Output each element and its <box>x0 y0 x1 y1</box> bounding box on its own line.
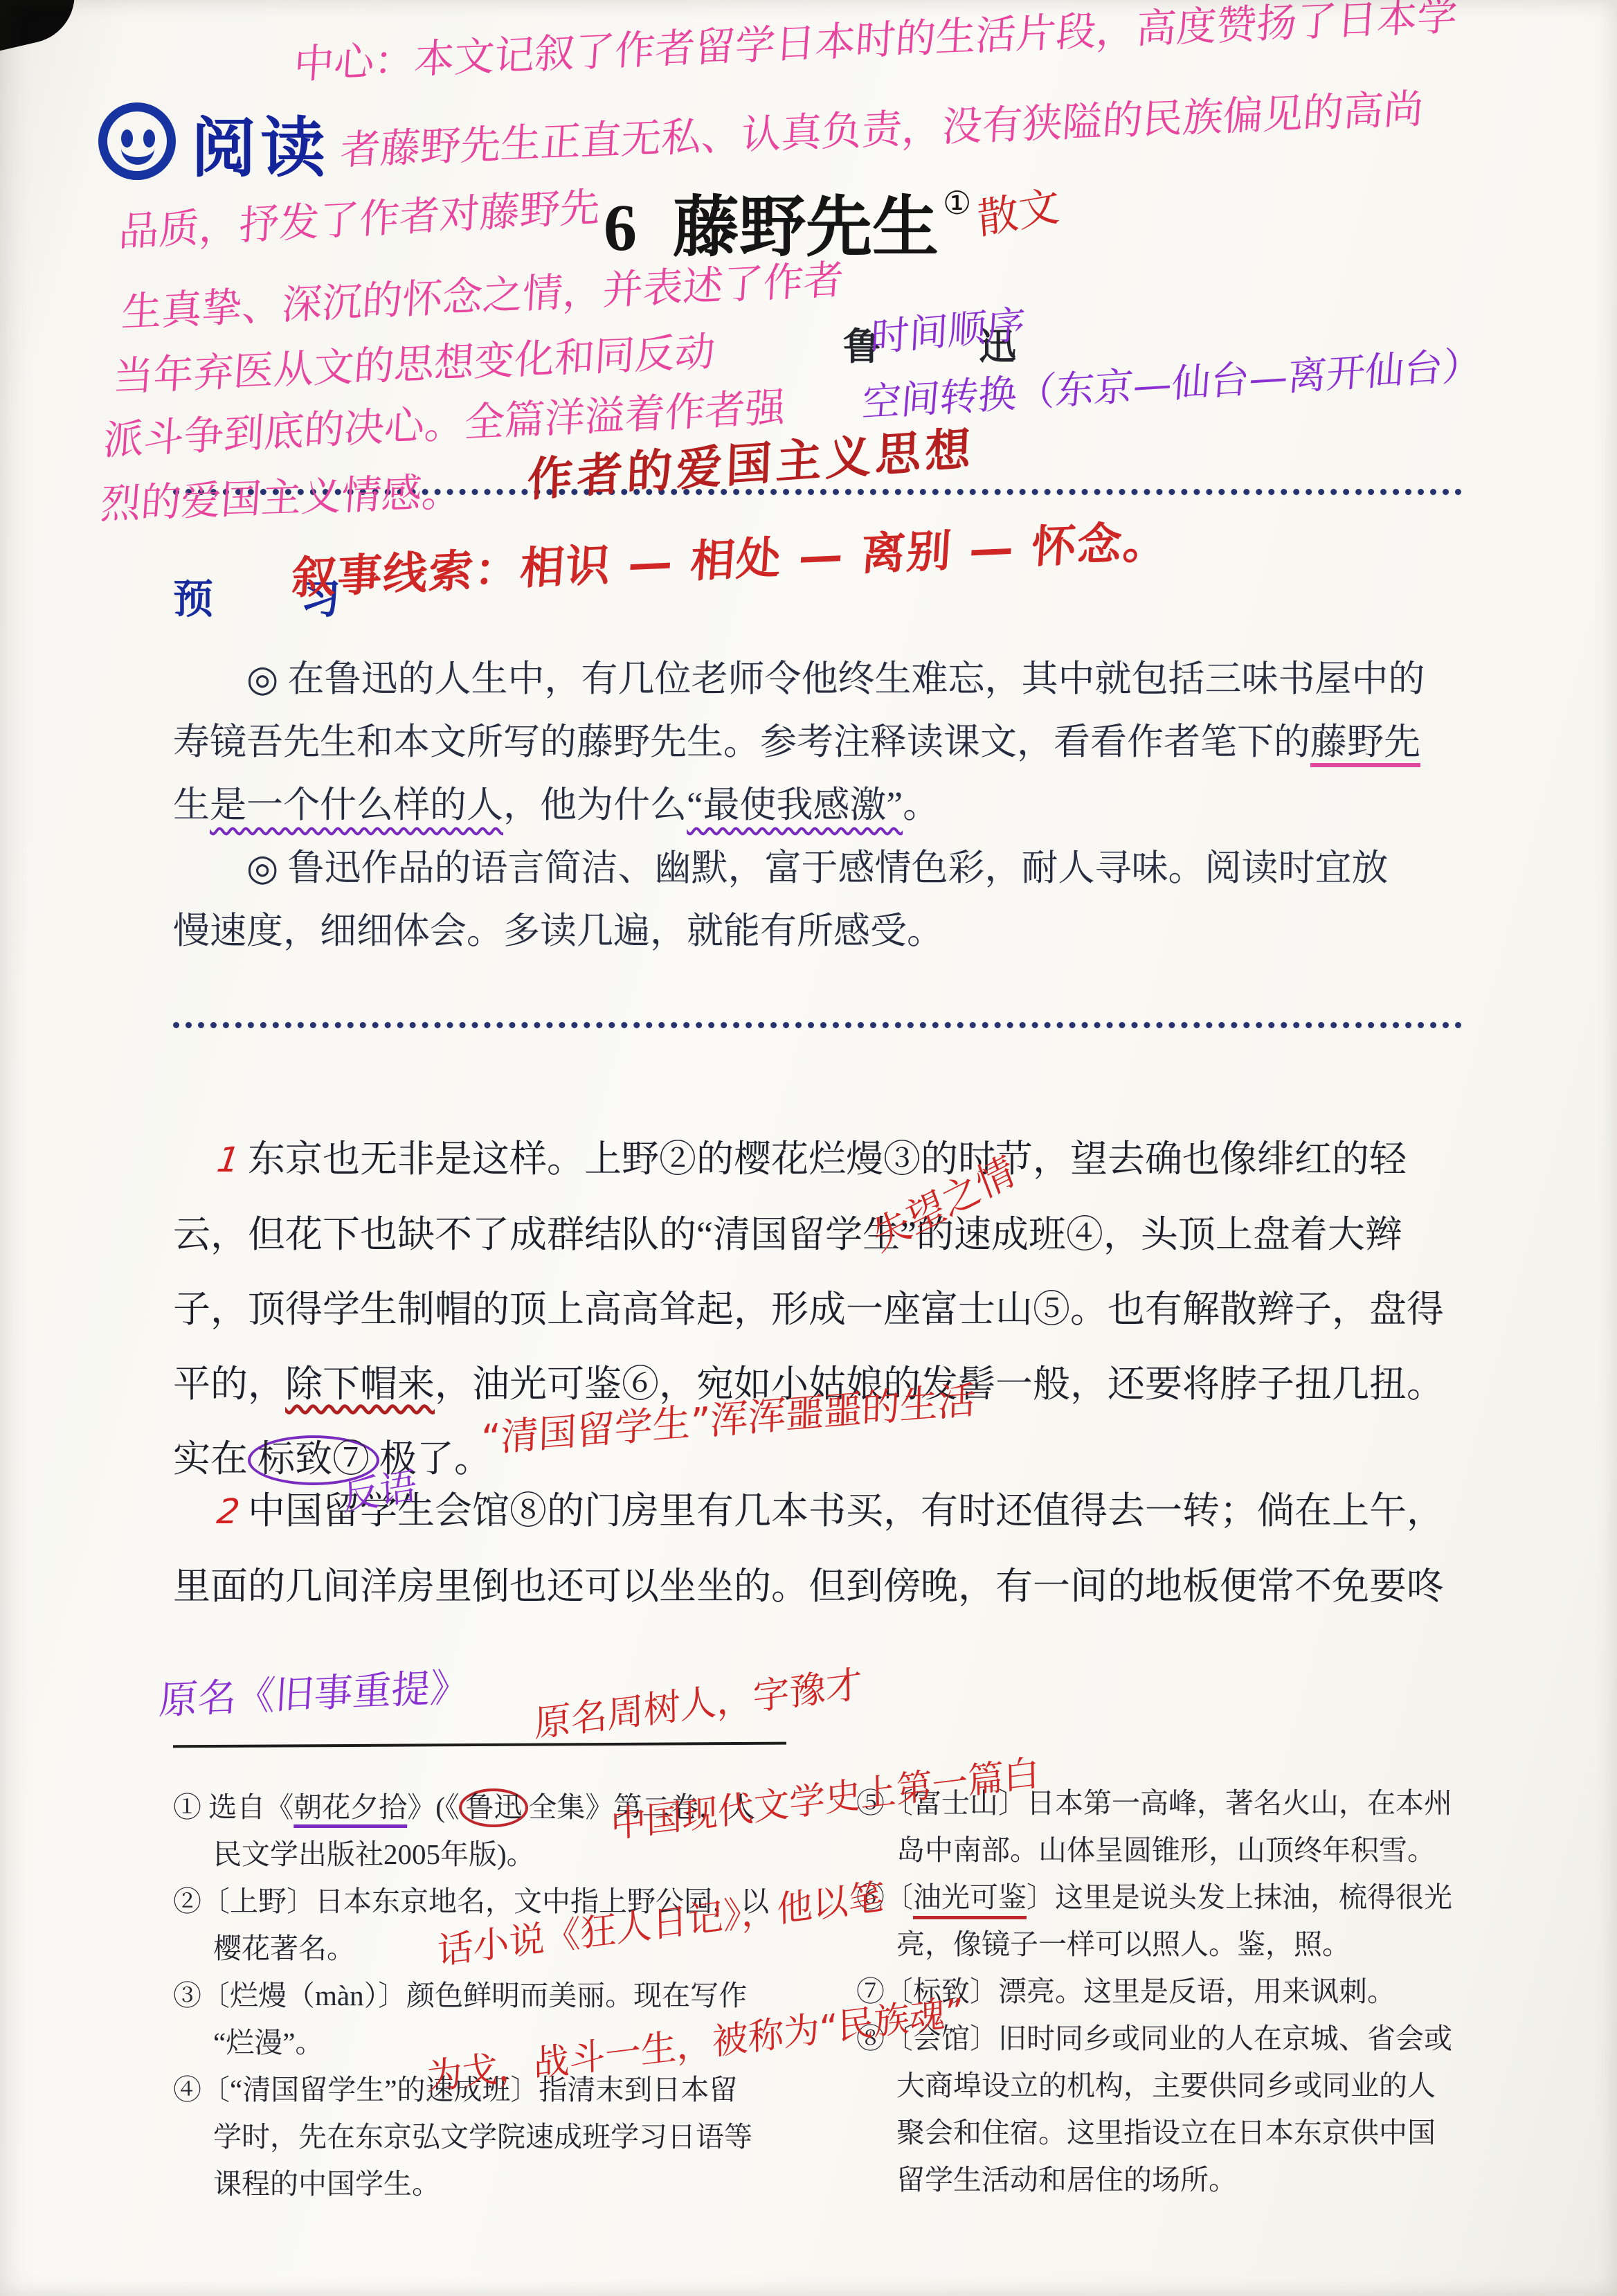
handwritten-center-note: 烈的爱国主义情感。 <box>99 459 464 530</box>
lesson-number: 6 <box>604 190 637 264</box>
body-line: 子，顶得学生制帽的顶上高高耸起，形成一座富士山⑤。也有解散辫子，盘得 <box>173 1272 1444 1347</box>
footnote-text: ① 选自《 <box>173 1791 293 1823</box>
preview-text: ，他为什么 <box>503 785 687 825</box>
footnote-divider <box>173 1742 786 1748</box>
handwritten-author-real-name-note: 原名周树人，字豫才 <box>534 1655 862 1748</box>
purple-wavy-mark: 是一个什么样的人 <box>210 785 503 825</box>
paragraph-number-mark: 2 <box>212 1474 253 1549</box>
footnotes-left-column: ① 选自《朝花夕拾》(《鲁迅全集》第二卷，人 民文学出版社2005年版)。 ②〔… <box>173 1784 800 2207</box>
footnote-6: 亮，像镜子一样可以照人。鉴，照。 <box>856 1921 1503 1968</box>
red-underline-mark: 油光可鉴 <box>913 1881 1027 1913</box>
preview-line: ◎ 鲁迅作品的语言简洁、幽默，富于感情色彩，耐人寻味。阅读时宜放 <box>173 837 1389 900</box>
red-wavy-mark: 除下帽来 <box>285 1363 435 1405</box>
handwritten-genre-note: 散文 <box>975 172 1061 246</box>
preview-text: 寿镜吾先生和本文所写的藤野先生。参考注释读课文，看看作者笔下的 <box>173 722 1310 762</box>
scan-corner-artifact <box>0 0 84 53</box>
footnote-text: 》(《 <box>407 1791 459 1823</box>
footnote-6: ⑥〔油光可鉴〕这里是说头发上抹油，梳得很光 <box>856 1874 1503 1921</box>
purple-underline-mark: 朝花夕拾 <box>293 1791 407 1823</box>
footnote-8: 大商埠设立的机构，主要供同乡或同业的人 <box>856 2062 1503 2109</box>
body-text: 中国留学生会馆⑧的门房里有几本书买，有时还值得去一转；倘在上午， <box>248 1490 1444 1532</box>
body-paragraph-1: 1东京也无非是这样。上野②的樱花烂熳③的时节，望去确也像绯红的轻 云，但花下也缺… <box>173 1122 1444 1496</box>
section-label: 阅读 <box>191 96 329 189</box>
body-line: 里面的几间洋房里倒也还可以坐坐的。但到傍晚，有一间的地板便常不免要咚 <box>173 1549 1444 1624</box>
footnote-4: 课程的中国学生。 <box>173 2160 800 2207</box>
body-line: 云，但花下也缺不了成群结队的“清国留学生”的速成班④，头顶上盘着大辫 <box>173 1197 1444 1272</box>
handwritten-center-note: 者藤野先生正直无私、认真负责，没有狭隘的民族偏见的高尚 <box>338 76 1425 176</box>
body-line: 1东京也无非是这样。上野②的樱花烂熳③的时节，望去确也像绯红的轻 <box>173 1122 1444 1197</box>
preview-line: ◎ 在鲁迅的人生中，有几位老师令他终生难忘，其中就包括三味书屋中的 <box>173 648 1425 711</box>
preview-paragraph-1: ◎ 在鲁迅的人生中，有几位老师令他终生难忘，其中就包括三味书屋中的 寿镜吾先生和… <box>173 648 1425 837</box>
smiley-mouth-icon <box>121 142 154 165</box>
footnote-8: 聚会和住宿。这里指设立在日本东京供中国 <box>856 2109 1503 2156</box>
dotted-rule <box>173 1022 1462 1028</box>
footnote-8: 留学生活动和居住的场所。 <box>856 2156 1503 2203</box>
footnote-5: 岛中南部。山体呈圆锥形，山顶终年积雪。 <box>856 1827 1503 1874</box>
handwritten-center-note: 品质，抒发了作者对藤野先 <box>118 174 602 258</box>
footnote-ref-1: ① <box>943 186 971 221</box>
preview-line: 慢速度，细细体会。多读几遍，就能有所感受。 <box>173 900 1389 963</box>
handwritten-narrative-clue-note: 叙事线索：相识 — 相处 — 离别 — 怀念。 <box>290 506 1171 607</box>
body-text: 东京也无非是这样。上野②的樱花烂熳③的时节，望去确也像绯红的轻 <box>248 1138 1407 1180</box>
footnote-4: 学时，先在东京弘文学院速成班学习日语等 <box>173 2113 800 2160</box>
footnote-3: ③〔烂熳（màn）〕颜色鲜明而美丽。现在写作 <box>173 1972 800 2019</box>
pink-underline-mark: 藤野先 <box>1310 722 1420 762</box>
footnote-1: 民文学出版社2005年版)。 <box>173 1831 800 1878</box>
reading-smiley-icon <box>98 102 176 180</box>
preview-line: 寿镜吾先生和本文所写的藤野先生。参考注释读课文，看看作者笔下的藤野先 <box>173 711 1425 774</box>
scanned-textbook-page: 阅读 6藤野先生① 鲁 迅 预 习 ◎ 在鲁迅的人生中，有几位老师令他终生难忘，… <box>0 0 1617 2296</box>
preview-text: 生 <box>173 785 210 825</box>
preview-text: 。 <box>903 785 939 825</box>
preview-line: 生是一个什么样的人，他为什么“最使我感激”。 <box>173 774 1425 837</box>
purple-wavy-mark: “最使我感激” <box>687 785 903 825</box>
body-text: 平的， <box>173 1363 285 1405</box>
handwritten-center-note: 中心：本文记叙了作者留学日本时的生活片段，高度赞扬了日本学 <box>292 0 1459 90</box>
handwritten-original-book-note: 原名《旧事重提》 <box>158 1656 471 1725</box>
preview-paragraph-2: ◎ 鲁迅作品的语言简洁、幽默，富于感情色彩，耐人寻味。阅读时宜放 慢速度，细细体… <box>173 837 1389 963</box>
handwritten-center-note: 生真挚、深沉的怀念之情，并表述了作者 <box>120 246 845 338</box>
footnote-text: 〕这里是说头发上抹油，梳得很光 <box>1027 1881 1452 1913</box>
red-circle-mark: 鲁迅 <box>459 1788 528 1827</box>
paragraph-number-mark: 1 <box>212 1122 253 1197</box>
